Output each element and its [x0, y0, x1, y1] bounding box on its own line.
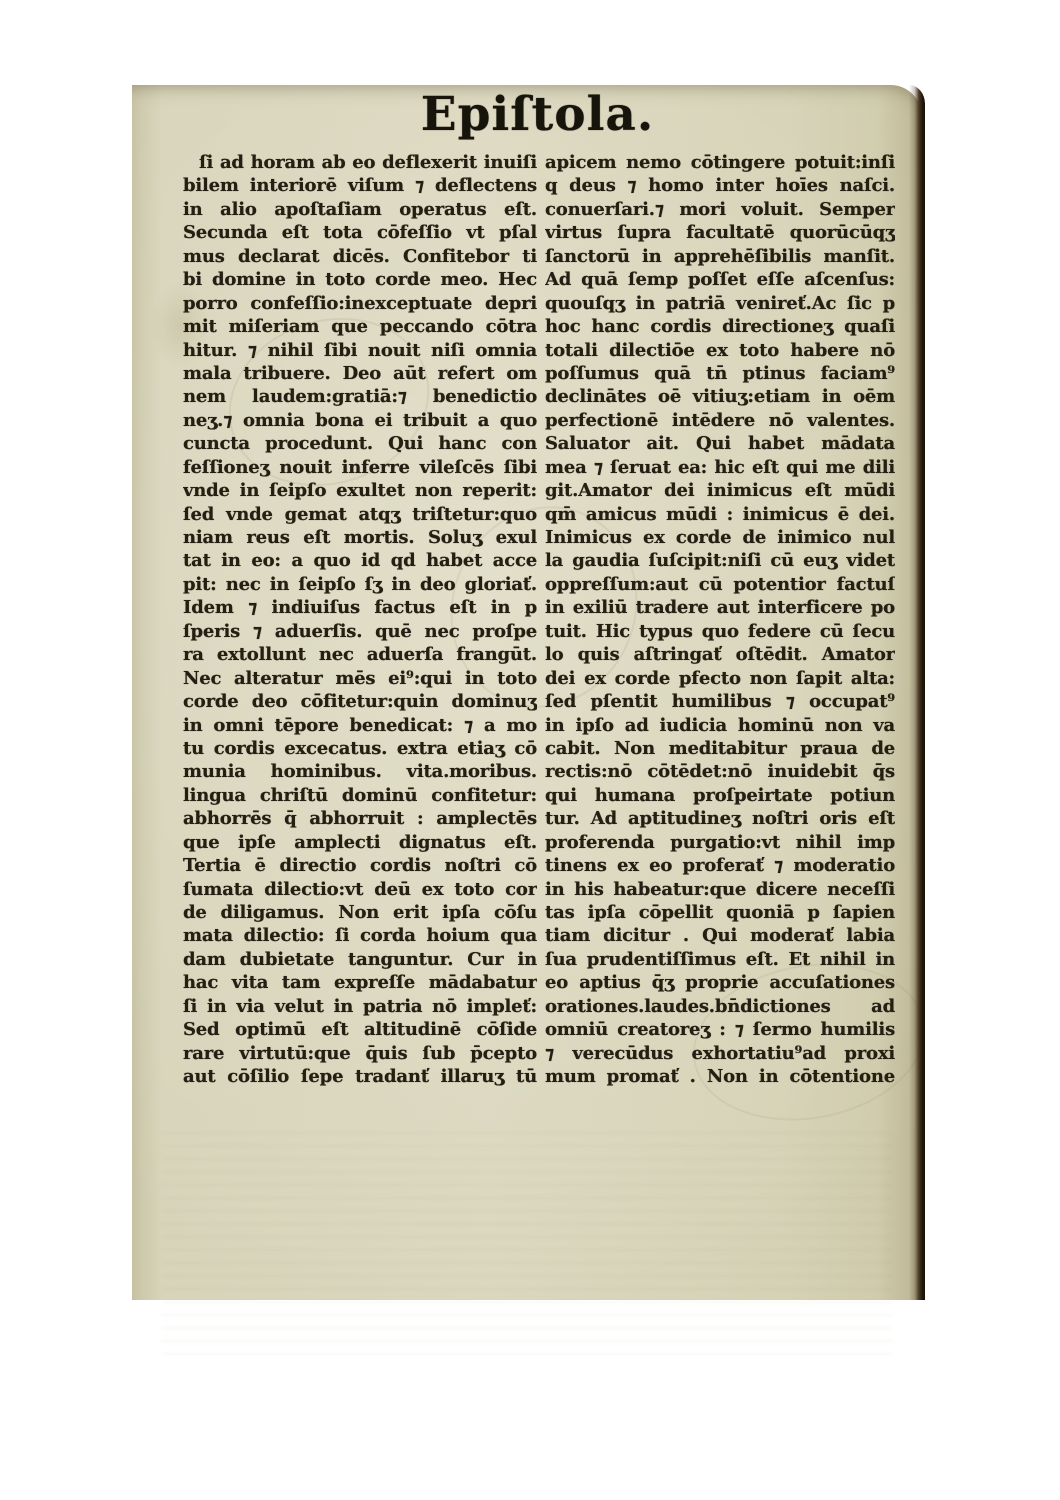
- text-line: Inimicus ex corde de inimico nul: [545, 526, 895, 549]
- book-page-scan: Epiſtola. ſi ad horam ab eo deflexerit i…: [132, 85, 925, 1300]
- text-line: conuerſari.⁊ mori voluit. Semper: [545, 198, 895, 221]
- text-line: munia hominibus. vita.moribus.: [183, 760, 537, 783]
- text-line: dam dubietate tanguntur. Cur in: [183, 948, 537, 971]
- text-line: pit: nec in ſeipſo ſʒ in deo gloriať.: [183, 573, 537, 596]
- text-line: ⁊ verecūdus exhortatiu⁹ad proxi: [545, 1042, 895, 1065]
- page-binding-edge: [909, 85, 925, 1300]
- text-line: aut cōſilio ſepe tradanť illaruʒ tū: [183, 1065, 537, 1088]
- text-column-right: apicem nemo cōtingere potuit:inſiq deus …: [545, 151, 895, 1089]
- text-line: oppreſſum:aut cū potentior factuſ: [545, 573, 895, 596]
- text-line: Sed optimū eſt altitudinē cōſide: [183, 1018, 537, 1041]
- text-line: git.Amator dei inimicus eſt mūdi: [545, 479, 895, 502]
- text-line: bilem interiorē viſum ⁊ deflectens: [183, 174, 537, 197]
- text-line: corde deo cōfitetur:quin dominuʒ: [183, 690, 537, 713]
- text-line: omniū creatoreʒ : ⁊ ſermo humilis: [545, 1018, 895, 1041]
- text-block: ſi ad horam ab eo deflexerit inuiſibilem…: [183, 151, 895, 1089]
- text-line: tas ipſa cōpellit quoniā p ſapien: [545, 901, 895, 924]
- text-line: ſua prudentiſſimus eſt. Et nihil in: [545, 948, 895, 971]
- text-line: ſumata dilectio:vt deū ex toto cor: [183, 878, 537, 901]
- text-line: neʒ.⁊ omnia bona ei tribuit a quo: [183, 409, 537, 432]
- text-line: in exiliū tradere aut interficere po: [545, 596, 895, 619]
- text-line: cuncta procedunt. Qui hanc con: [183, 432, 537, 455]
- text-line: ſanctorū in apprehēſibilis manſit.: [545, 245, 895, 268]
- text-line: perfectionē intēdere nō valentes.: [545, 409, 895, 432]
- text-line: ſi ad horam ab eo deflexerit inuiſi: [183, 151, 537, 174]
- text-line: qui humana proſpeirtate potiun: [545, 784, 895, 807]
- text-line: tur. Ad aptitudineʒ noſtri oris eſt: [545, 807, 895, 830]
- text-line: tinens ex eo proferať ⁊ moderatio: [545, 854, 895, 877]
- text-line: mit miſeriam que peccando cōtra: [183, 315, 537, 338]
- text-line: ſi in via velut in patria nō impleť:: [183, 995, 537, 1018]
- text-line: tiam dicitur . Qui moderať labia: [545, 924, 895, 947]
- screenshot-canvas: Epiſtola. ſi ad horam ab eo deflexerit i…: [0, 0, 1060, 1500]
- text-line: ſperis ⁊ aduerſis. quē nec proſpe: [183, 620, 537, 643]
- text-line: de diligamus. Non erit ipſa cōſu: [183, 901, 537, 924]
- text-line: porro confeſſio:inexceptuate depri: [183, 292, 537, 315]
- text-line: q deus ⁊ homo inter hoīes naſci.: [545, 174, 895, 197]
- text-line: lo quis aſtringať oſtēdit. Amator: [545, 643, 895, 666]
- text-line: bi domine in toto corde meo. Hec: [183, 268, 537, 291]
- text-line: Secunda eſt tota cōfeſſio vt pſal: [183, 221, 537, 244]
- text-line: declinātes oē vitiuʒ:etiam in oēm: [545, 385, 895, 408]
- text-line: qm̄ amicus mūdi : inimicus ē dei.: [545, 503, 895, 526]
- text-line: tu cordis excecatus. extra etiaʒ cō: [183, 737, 537, 760]
- text-line: mata dilectio: ſi corda hoium qua: [183, 924, 537, 947]
- text-line: in ipſo ad iudicia hominū non va: [545, 714, 895, 737]
- text-line: lingua chriſtū dominū confitetur:: [183, 784, 537, 807]
- page-title: Epiſtola.: [132, 87, 925, 142]
- text-line: totali dilectiōe ex toto habere nō: [545, 339, 895, 362]
- text-line: hac vita tam expreſſe mādabatur: [183, 971, 537, 994]
- text-line: cabit. Non meditabitur praua de: [545, 737, 895, 760]
- text-line: eo aptius q̄ʒ proprie accuſationes: [545, 971, 895, 994]
- text-line: rectis:nō cōtēdet:nō inuidebit q̄s: [545, 760, 895, 783]
- text-line: rare virtutū:que q̄uis ſub p̄cepto: [183, 1042, 537, 1065]
- text-line: poſſumus quā tn̄ ptinus faciam⁹: [545, 362, 895, 385]
- text-line: in his habeatur:que dicere neceſſi: [545, 878, 895, 901]
- text-line: nem laudem:gratiā:⁊ benedictio: [183, 385, 537, 408]
- text-line: feſſioneʒ nouit inferre vileſcēs ſibi: [183, 456, 537, 479]
- show-through-marks: [162, 1125, 892, 1355]
- text-line: niam reus eſt mortis. Soluʒ exul: [183, 526, 537, 549]
- text-line: in alio apoſtaſiam operatus eſt.: [183, 198, 537, 221]
- text-line: ſed vnde gemat atqʒ triſtetur:quo: [183, 503, 537, 526]
- text-line: dei ex corde pfecto non ſapit alta:: [545, 667, 895, 690]
- text-line: ra extollunt nec aduerſa frangūt.: [183, 643, 537, 666]
- text-line: Saluator ait. Qui habet mādata: [545, 432, 895, 455]
- text-line: mala tribuere. Deo aūt refert om: [183, 362, 537, 385]
- text-line: la gaudia ſuſcipit:niſi cū euʒ videt: [545, 549, 895, 572]
- text-line: hoc hanc cordis directioneʒ quaſi: [545, 315, 895, 338]
- text-line: virtus ſupra facultatē quorūcūqʒ: [545, 221, 895, 244]
- text-line: mus declarat dicēs. Confitebor ti: [183, 245, 537, 268]
- text-line: tuit. Hic typus quo federe cū ſecu: [545, 620, 895, 643]
- text-line: Nec alteratur mēs ei⁹:qui in toto: [183, 667, 537, 690]
- text-line: proferenda purgatio:vt nihil imp: [545, 831, 895, 854]
- text-line: quouſqʒ in patriā venireť.Ac ſic p: [545, 292, 895, 315]
- text-line: orationes.laudes.bn̄dictiones ad: [545, 995, 895, 1018]
- text-line: Ad quā ſemp poſſet eſſe aſcenſus:: [545, 268, 895, 291]
- text-line: tat in eo: a quo id qd habet acce: [183, 549, 537, 572]
- text-line: hitur. ⁊ nihil ſibi nouit niſi omnia: [183, 339, 537, 362]
- text-line: ſed pſentit humilibus ⁊ occupat⁹: [545, 690, 895, 713]
- text-line: in omni tēpore benedicat: ⁊ a mo: [183, 714, 537, 737]
- text-line: Idem ⁊ indiuiſus factus eſt in p: [183, 596, 537, 619]
- text-line: Tertia ē directio cordis noſtri cō: [183, 854, 537, 877]
- text-line: vnde in ſeipſo exultet non reperit:: [183, 479, 537, 502]
- text-line: mum promať . Non in cōtentione: [545, 1065, 895, 1088]
- text-line: apicem nemo cōtingere potuit:inſi: [545, 151, 895, 174]
- text-line: mea ⁊ ſeruat ea: hic eſt qui me dili: [545, 456, 895, 479]
- text-line: que ipſe amplecti dignatus eſt.: [183, 831, 537, 854]
- text-column-left: ſi ad horam ab eo deflexerit inuiſibilem…: [183, 151, 537, 1089]
- text-line: abhorrēs q̄ abhorruit : amplectēs: [183, 807, 537, 830]
